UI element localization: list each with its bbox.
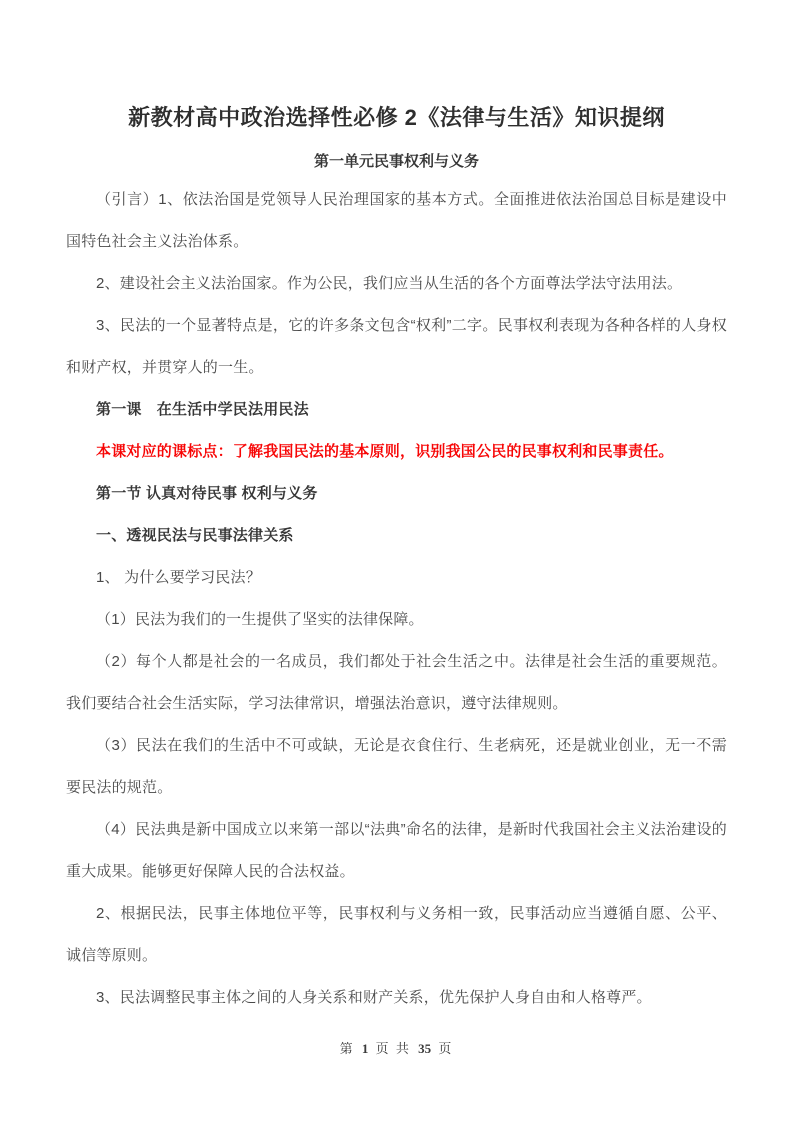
paragraph-point-2: 2、建设社会主义法治国家。作为公民，我们应当从生活的各个方面尊法学法守法用法。	[66, 263, 727, 305]
unit-subtitle: 第一单元民事权利与义务	[66, 151, 727, 173]
section-1-heading: 第一节 认真对待民事 权利与义务	[66, 473, 727, 515]
answer-item-4: （4）民法典是新中国成立以来第一部以“法典”命名的法律，是新时代我国社会主义法治…	[66, 809, 727, 893]
answer-item-2: （2）每个人都是社会的一名成员，我们都处于社会生活之中。法律是社会生活的重要规范…	[66, 641, 727, 725]
page-number: 1	[360, 1041, 371, 1056]
answer-item-1: （1）民法为我们的一生提供了坚实的法律保障。	[66, 599, 727, 641]
paragraph-intro: （引言）1、依法治国是党领导人民治理国家的基本方式。全面推进依法治国总目标是建设…	[66, 179, 727, 263]
document-content: 新教材高中政治选择性必修 2《法律与生活》知识提纲 第一单元民事权利与义务 （引…	[66, 0, 727, 1019]
paragraph-civil-relations: 3、民法调整民事主体之间的人身关系和财产关系，优先保护人身自由和人格尊严。	[66, 977, 727, 1019]
footer-label-prefix: 第	[340, 1041, 355, 1056]
footer-label-middle: 页 共	[376, 1041, 411, 1056]
answer-item-3: （3）民法在我们的生活中不可或缺，无论是衣食住行、生老病死，还是就业创业，无一不…	[66, 725, 727, 809]
paragraph-principles: 2、根据民法，民事主体地位平等，民事权利与义务相一致，民事活动应当遵循自愿、公平…	[66, 893, 727, 977]
curriculum-standard-note: 本课对应的课标点：了解我国民法的基本原则，识别我国公民的民事权利和民事责任。	[66, 431, 727, 473]
subsection-1-heading: 一、透视民法与民事法律关系	[66, 515, 727, 557]
lesson-1-heading: 第一课 在生活中学民法用民法	[66, 389, 727, 431]
footer-label-suffix: 页	[438, 1041, 453, 1056]
document-title: 新教材高中政治选择性必修 2《法律与生活》知识提纲	[66, 103, 727, 133]
document-page: 新教材高中政治选择性必修 2《法律与生活》知识提纲 第一单元民事权利与义务 （引…	[0, 0, 793, 1122]
page-footer: 第 1 页 共 35 页	[0, 1038, 793, 1057]
paragraph-point-3: 3、民法的一个显著特点是，它的许多条文包含“权利”二字。民事权利表现为各种各样的…	[66, 305, 727, 389]
question-why-study-civil-law: 1、 为什么要学习民法？	[66, 557, 727, 599]
total-pages: 35	[416, 1041, 433, 1056]
body-text-block: （引言）1、依法治国是党领导人民治理国家的基本方式。全面推进依法治国总目标是建设…	[66, 179, 727, 1019]
